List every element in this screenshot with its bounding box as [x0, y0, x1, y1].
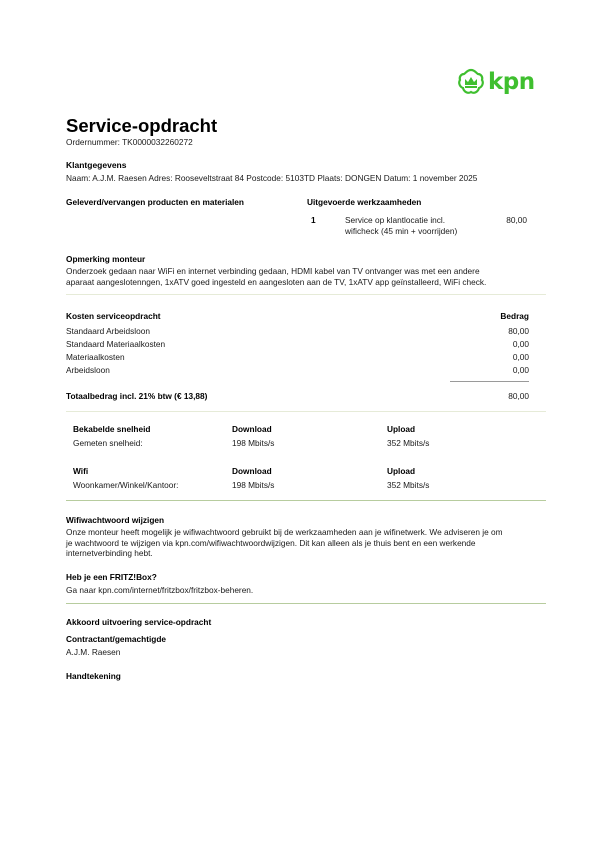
costs-total-row: Totaalbedrag incl. 21% btw (€ 13,88) 80,… — [66, 391, 529, 401]
divider — [66, 294, 546, 295]
cost-row-amount: 80,00 — [508, 326, 529, 336]
costs-amount-heading: Bedrag — [500, 311, 529, 321]
wifi-download-heading: Download — [232, 466, 272, 476]
remark-heading: Opmerking monteur — [66, 254, 145, 264]
cost-row: Materiaalkosten 0,00 — [66, 352, 529, 362]
work-item-description: Service op klantlocatie incl. wificheck … — [345, 215, 457, 236]
cost-row-label: Arbeidsloon — [66, 365, 110, 375]
kpn-logo: kpn — [457, 66, 539, 98]
wifi-heading: Wifi — [73, 466, 88, 476]
wired-upload: 352 Mbits/s — [387, 438, 429, 448]
work-item-description-line1: Service op klantlocatie incl. — [345, 215, 457, 226]
costs-total-label: Totaalbedrag incl. 21% btw (€ 13,88) — [66, 391, 207, 401]
products-heading: Geleverd/vervangen producten en material… — [66, 197, 244, 207]
work-item-description-line2: wificheck (45 min + voorrijden) — [345, 226, 457, 237]
brand-name: kpn — [488, 69, 535, 95]
customer-details: Naam: A.J.M. Raesen Adres: Rooseveltstra… — [66, 173, 477, 183]
cost-row: Arbeidsloon 0,00 — [66, 365, 529, 375]
wired-download-heading: Download — [232, 424, 272, 434]
page-title: Service-opdracht — [66, 115, 217, 137]
wifi-password-line3: internetverbinding hebt. — [66, 548, 546, 559]
wifi-label: Woonkamer/Winkel/Kantoor: — [73, 480, 178, 490]
cost-row: Standaard Materiaalkosten 0,00 — [66, 339, 529, 349]
fritzbox-heading: Heb je een FRITZ!Box? — [66, 572, 157, 582]
cost-row-amount: 0,00 — [513, 365, 529, 375]
wifi-upload-heading: Upload — [387, 466, 415, 476]
divider — [66, 411, 546, 412]
crown-flower-icon — [457, 68, 485, 96]
wifi-password-line2: je wachtwoord te wijzigen via kpn.com/wi… — [66, 538, 546, 549]
remark-line2: aparaat aangeslotenngen, 1xATV goed inge… — [66, 277, 546, 288]
work-item-qty: 1 — [311, 215, 316, 225]
divider — [66, 603, 546, 604]
cost-row: Standaard Arbeidsloon 80,00 — [66, 326, 529, 336]
order-number: Ordernummer: TK0000032260272 — [66, 137, 193, 147]
signature-heading: Handtekening — [66, 671, 121, 681]
wired-upload-heading: Upload — [387, 424, 415, 434]
wired-heading: Bekabelde snelheid — [73, 424, 150, 434]
contractant-heading: Contractant/gemachtigde — [66, 634, 166, 644]
subtotal-line — [450, 381, 529, 382]
work-heading: Uitgevoerde werkzaamheden — [307, 197, 421, 207]
wifi-upload: 352 Mbits/s — [387, 480, 429, 490]
work-item-amount: 80,00 — [480, 215, 527, 225]
wifi-password-line1: Onze monteur heeft mogelijk je wifiwacht… — [66, 527, 546, 538]
cost-row-amount: 0,00 — [513, 352, 529, 362]
wifi-download: 198 Mbits/s — [232, 480, 274, 490]
cost-row-label: Standaard Arbeidsloon — [66, 326, 150, 336]
costs-heading: Kosten serviceopdracht — [66, 311, 161, 321]
wifi-password-text: Onze monteur heeft mogelijk je wifiwacht… — [66, 527, 546, 559]
cost-row-label: Standaard Materiaalkosten — [66, 339, 165, 349]
divider — [66, 500, 546, 501]
costs-total-amount: 80,00 — [508, 391, 529, 401]
customer-heading: Klantgegevens — [66, 160, 126, 170]
wired-label: Gemeten snelheid: — [73, 438, 143, 448]
wired-download: 198 Mbits/s — [232, 438, 274, 448]
contractant-name: A.J.M. Raesen — [66, 647, 120, 657]
wifi-password-heading: Wifiwachtwoord wijzigen — [66, 515, 164, 525]
cost-row-amount: 0,00 — [513, 339, 529, 349]
remark-line1: Onderzoek gedaan naar WiFi en internet v… — [66, 266, 546, 277]
costs-header-row: Kosten serviceopdracht Bedrag — [66, 311, 529, 321]
cost-row-label: Materiaalkosten — [66, 352, 125, 362]
approval-heading: Akkoord uitvoering service-opdracht — [66, 617, 211, 627]
fritzbox-text: Ga naar kpn.com/internet/fritzbox/fritzb… — [66, 585, 253, 595]
remark-text: Onderzoek gedaan naar WiFi en internet v… — [66, 266, 546, 287]
